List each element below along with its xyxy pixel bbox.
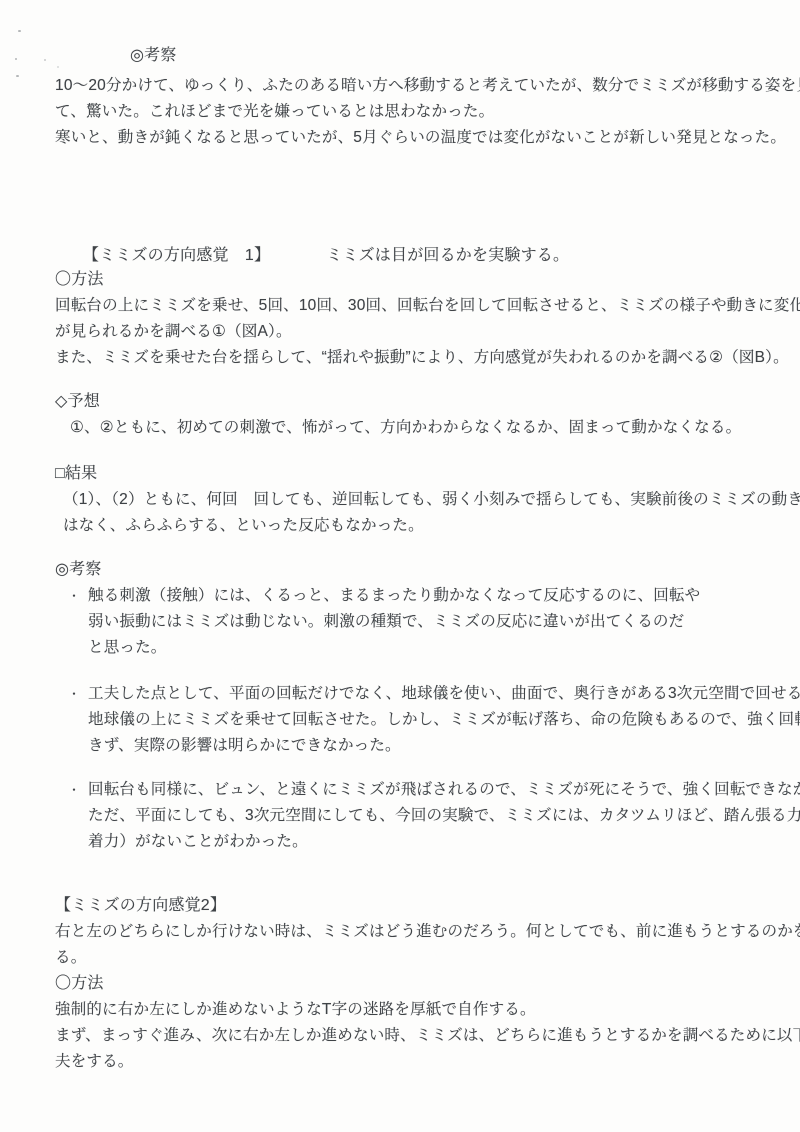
text-line: 地球儀の上にミミズを乗せて回転させた。しかし、ミミズが転げ落ち、命の危険もあるの… <box>88 707 760 733</box>
text-line: と思った。 <box>88 635 760 661</box>
experiment1-prediction-heading: ◇予想 <box>55 389 760 415</box>
experiment1-result-heading: □結果 <box>55 461 760 487</box>
text-line: きず、実際の影響は明らかにできなかった。 <box>88 733 760 759</box>
experiment1-subtitle: ミミズは目が回るかを実験する。 <box>326 247 569 264</box>
text-line: はなく、ふらふらする、といった反応もなかった。 <box>63 513 760 539</box>
experiment2-title: 【ミミズの方向感覚2】 <box>55 893 760 919</box>
discussion1-paragraph: 10〜20分かけて、ゆっくり、ふたのある暗い方へ移動すると考えていたが、数分でミ… <box>55 73 760 151</box>
scan-speck <box>57 66 59 68</box>
text-line: ①、②ともに、初めての刺激で、怖がって、方向かわからなくなるか、固まって動かなく… <box>70 415 760 441</box>
text-line: 右と左のどちらにしか行けない時は、ミミズはどう進むのだろう。何としてでも、前に進… <box>55 919 760 945</box>
discussion1-heading: ◎考察 <box>130 43 760 69</box>
discussion-bullet-3: ・ 回転台も同様に、ビュン、と遠くにミミズが飛ばされるので、ミミズが死にそうで、… <box>55 777 760 855</box>
text-line: 弱い振動にはミミズは動じない。刺激の種類で、ミミズの反応に違いが出てくるのだ <box>88 609 760 635</box>
text-line: 10〜20分かけて、ゆっくり、ふたのある暗い方へ移動すると考えていたが、数分でミ… <box>55 73 760 99</box>
text-line: 工夫した点として、平面の回転だけでなく、地球儀を使い、曲面で、奥行きがある3次元… <box>88 681 760 707</box>
scanned-report-page: ◎考察 10〜20分かけて、ゆっくり、ふたのある暗い方へ移動すると考えていたが、… <box>0 0 800 1132</box>
text-line: 回転台の上にミミズを乗せ、5回、10回、30回、回転台を回して回転させると、ミミ… <box>55 293 760 319</box>
scan-speck <box>15 58 17 60</box>
scan-speck <box>44 59 46 61</box>
experiment2-intro-paragraph: 右と左のどちらにしか行けない時は、ミミズはどう進むのだろう。何としてでも、前に進… <box>55 919 760 971</box>
text-line: 回転台も同様に、ビュン、と遠くにミミズが飛ばされるので、ミミズが死にそうで、強く… <box>88 777 760 803</box>
experiment1-title-row: 【ミミズの方向感覚 1】ミミズは目が回るかを実験する。 <box>55 217 760 243</box>
text-line: また、ミミズを乗せた台を揺らして、“揺れや振動”により、方向感覚が失われるのかを… <box>55 345 760 371</box>
text-line: 寒いと、動きが鈍くなると思っていたが、5月ぐらいの温度では変化がないことが新しい… <box>55 125 760 151</box>
text-line: ただ、平面にしても、3次元空間にしても、今回の実験で、ミミズには、カタツムリほど… <box>88 803 760 829</box>
experiment2-method-paragraph: 強制的に右か左にしか進めないようなT字の迷路を厚紙で自作する。 まず、まっすぐ進… <box>55 997 760 1075</box>
text-line: 着力）がないことがわかった。 <box>88 829 760 855</box>
scan-speck <box>18 30 21 32</box>
text-line: まず、まっすぐ進み、次に右か左しか進めない時、ミミズは、どちらに進もうとするかを… <box>55 1023 760 1049</box>
experiment1-method-heading: 〇方法 <box>55 267 760 293</box>
experiment2-method-heading: 〇方法 <box>55 971 760 997</box>
experiment1-result-paragraph: （1）、（2）ともに、何回 回しても、逆回転しても、弱く小刻みで揺らしても、実験… <box>55 487 760 539</box>
experiment1-title: 【ミミズの方向感覚 1】 <box>83 247 270 264</box>
report-body: ◎考察 10〜20分かけて、ゆっくり、ふたのある暗い方へ移動すると考えていたが、… <box>0 0 800 1075</box>
experiment1-prediction-paragraph: ①、②ともに、初めての刺激で、怖がって、方向かわからなくなるか、固まって動かなく… <box>55 415 760 441</box>
scan-speck <box>16 75 19 77</box>
text-line: て、驚いた。これほどまで光を嫌っているとは思わなかった。 <box>55 99 760 125</box>
discussion-bullet-2: ・ 工夫した点として、平面の回転だけでなく、地球儀を使い、曲面で、奥行きがある3… <box>55 681 760 759</box>
experiment1-discussion-heading: ◎考察 <box>55 557 760 583</box>
bullet-marker: ・ <box>68 583 80 609</box>
text-line: 夫をする。 <box>55 1049 760 1075</box>
discussion-bullet-1: ・ 触る刺激（接触）には、くるっと、まるまったり動かなくなって反応するのに、回転… <box>55 583 760 661</box>
experiment1-method-paragraph: 回転台の上にミミズを乗せ、5回、10回、30回、回転台を回して回転させると、ミミ… <box>55 293 760 371</box>
text-line: 強制的に右か左にしか進めないようなT字の迷路を厚紙で自作する。 <box>55 997 760 1023</box>
text-line: （1）、（2）ともに、何回 回しても、逆回転しても、弱く小刻みで揺らしても、実験… <box>63 487 760 513</box>
text-line: が見られるかを調べる①（図A）。 <box>55 319 760 345</box>
text-line: 触る刺激（接触）には、くるっと、まるまったり動かなくなって反応するのに、回転や <box>88 583 760 609</box>
text-line: る。 <box>55 945 760 971</box>
bullet-marker: ・ <box>68 681 80 707</box>
bullet-marker: ・ <box>68 777 80 803</box>
